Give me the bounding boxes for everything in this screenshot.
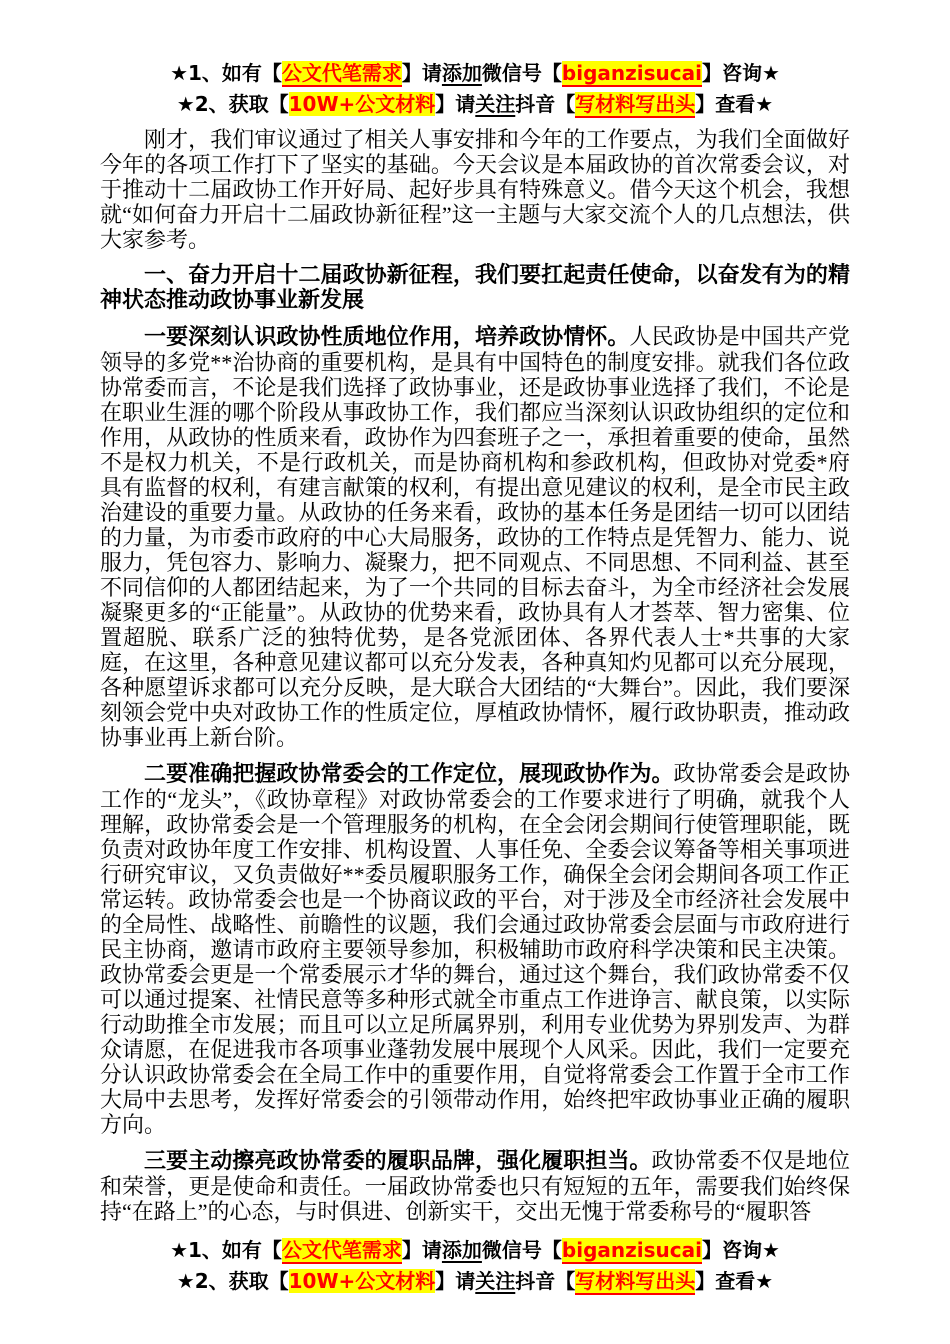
text-run: 添加 [442, 61, 482, 85]
text-run: 政协常委会是政协工作的“龙头”，《政协章程》对政协常委会的工作要求进行了明确，就… [100, 761, 850, 1137]
text-run: ★2、获取【 [177, 1269, 289, 1293]
heading-section-1: 一、奋力开启十二届政协新征程，我们要扛起责任使命，以奋发有为的精神状态推动政协事… [100, 263, 850, 313]
highlighted-text-run: 10W+公文材料 [289, 92, 436, 116]
text-run: 刚才，我们审议通过了相关人事安排和今年的工作要点，为我们全面做好今年的各项工作打… [100, 127, 850, 252]
text-run: 】请 [435, 1269, 475, 1293]
text-run: 】查看★ [695, 92, 773, 116]
text-run: ★1、如有【 [170, 61, 282, 85]
document-page: ★1、如有【公文代笔需求】请添加微信号【biganzisucai】咨询★ ★2、… [0, 0, 950, 1344]
text-run: 微信号【 [482, 61, 562, 85]
promo-banner-bottom: ★1、如有【公文代笔需求】请添加微信号【biganzisucai】咨询★ ★2、… [100, 1235, 850, 1297]
document-body: 刚才，我们审议通过了相关人事安排和今年的工作要点，为我们全面做好今年的各项工作打… [100, 127, 850, 1224]
promo-banner-top-line-1: ★1、如有【公文代笔需求】请添加微信号【biganzisucai】咨询★ [100, 58, 850, 89]
text-run: 人民政协是中国共产党领导的多党**治协商的重要机构，是具有中国特色的制度安排。就… [100, 324, 850, 750]
text-run: ★2、获取【 [177, 92, 289, 116]
text-run: 三要主动擦亮政协常委的履职品牌，强化履职担当。 [144, 1149, 651, 1174]
text-run: 添加 [442, 1238, 482, 1262]
text-run: 一、奋力开启十二届政协新征程，我们要扛起责任使命，以奋发有为的精神状态推动政协事… [100, 263, 850, 313]
text-run: 关注 [475, 92, 515, 116]
text-run: 一要深刻认识政协性质地位作用，培养政协情怀。 [144, 325, 629, 350]
highlighted-text-run: 写材料写出头 [575, 1269, 695, 1295]
text-run: 关注 [475, 1269, 515, 1293]
text-run: 抖音【 [515, 92, 575, 116]
text-run: 】请 [402, 1238, 442, 1262]
paragraph-intro: 刚才，我们审议通过了相关人事安排和今年的工作要点，为我们全面做好今年的各项工作打… [100, 127, 850, 252]
paragraph-point-2: 二要准确把握政协常委会的工作定位，展现政协作为。政协常委会是政协工作的“龙头”，… [100, 761, 850, 1137]
text-run: 】请 [435, 92, 475, 116]
highlighted-text-run: biganzisucai [562, 61, 702, 87]
text-run: 微信号【 [482, 1238, 562, 1262]
promo-banner-bottom-line-1: ★1、如有【公文代笔需求】请添加微信号【biganzisucai】咨询★ [100, 1235, 850, 1266]
highlighted-text-run: biganzisucai [562, 1238, 702, 1264]
text-run: 】咨询★ [702, 61, 780, 85]
text-run: 二要准确把握政协常委会的工作定位，展现政协作为。 [144, 762, 674, 787]
highlighted-text-run: 10W+公文材料 [289, 1269, 436, 1293]
highlighted-text-run: 写材料写出头 [575, 92, 695, 118]
text-run: 】请 [402, 61, 442, 85]
highlighted-text-run: 公文代笔需求 [282, 1238, 402, 1264]
text-run: 】查看★ [695, 1269, 773, 1293]
promo-banner-bottom-line-2: ★2、获取【10W+公文材料】请关注抖音【写材料写出头】查看★ [100, 1266, 850, 1297]
paragraph-point-3: 三要主动擦亮政协常委的履职品牌，强化履职担当。政协常委不仅是地位和荣誉，更是使命… [100, 1148, 850, 1224]
promo-banner-top-line-2: ★2、获取【10W+公文材料】请关注抖音【写材料写出头】查看★ [100, 89, 850, 120]
text-run: 抖音【 [515, 1269, 575, 1293]
promo-banner-top: ★1、如有【公文代笔需求】请添加微信号【biganzisucai】咨询★ ★2、… [100, 58, 850, 120]
text-run: 】咨询★ [702, 1238, 780, 1262]
highlighted-text-run: 公文代笔需求 [282, 61, 402, 87]
paragraph-point-1: 一要深刻认识政协性质地位作用，培养政协情怀。人民政协是中国共产党领导的多党**治… [100, 324, 850, 750]
text-run: ★1、如有【 [170, 1238, 282, 1262]
